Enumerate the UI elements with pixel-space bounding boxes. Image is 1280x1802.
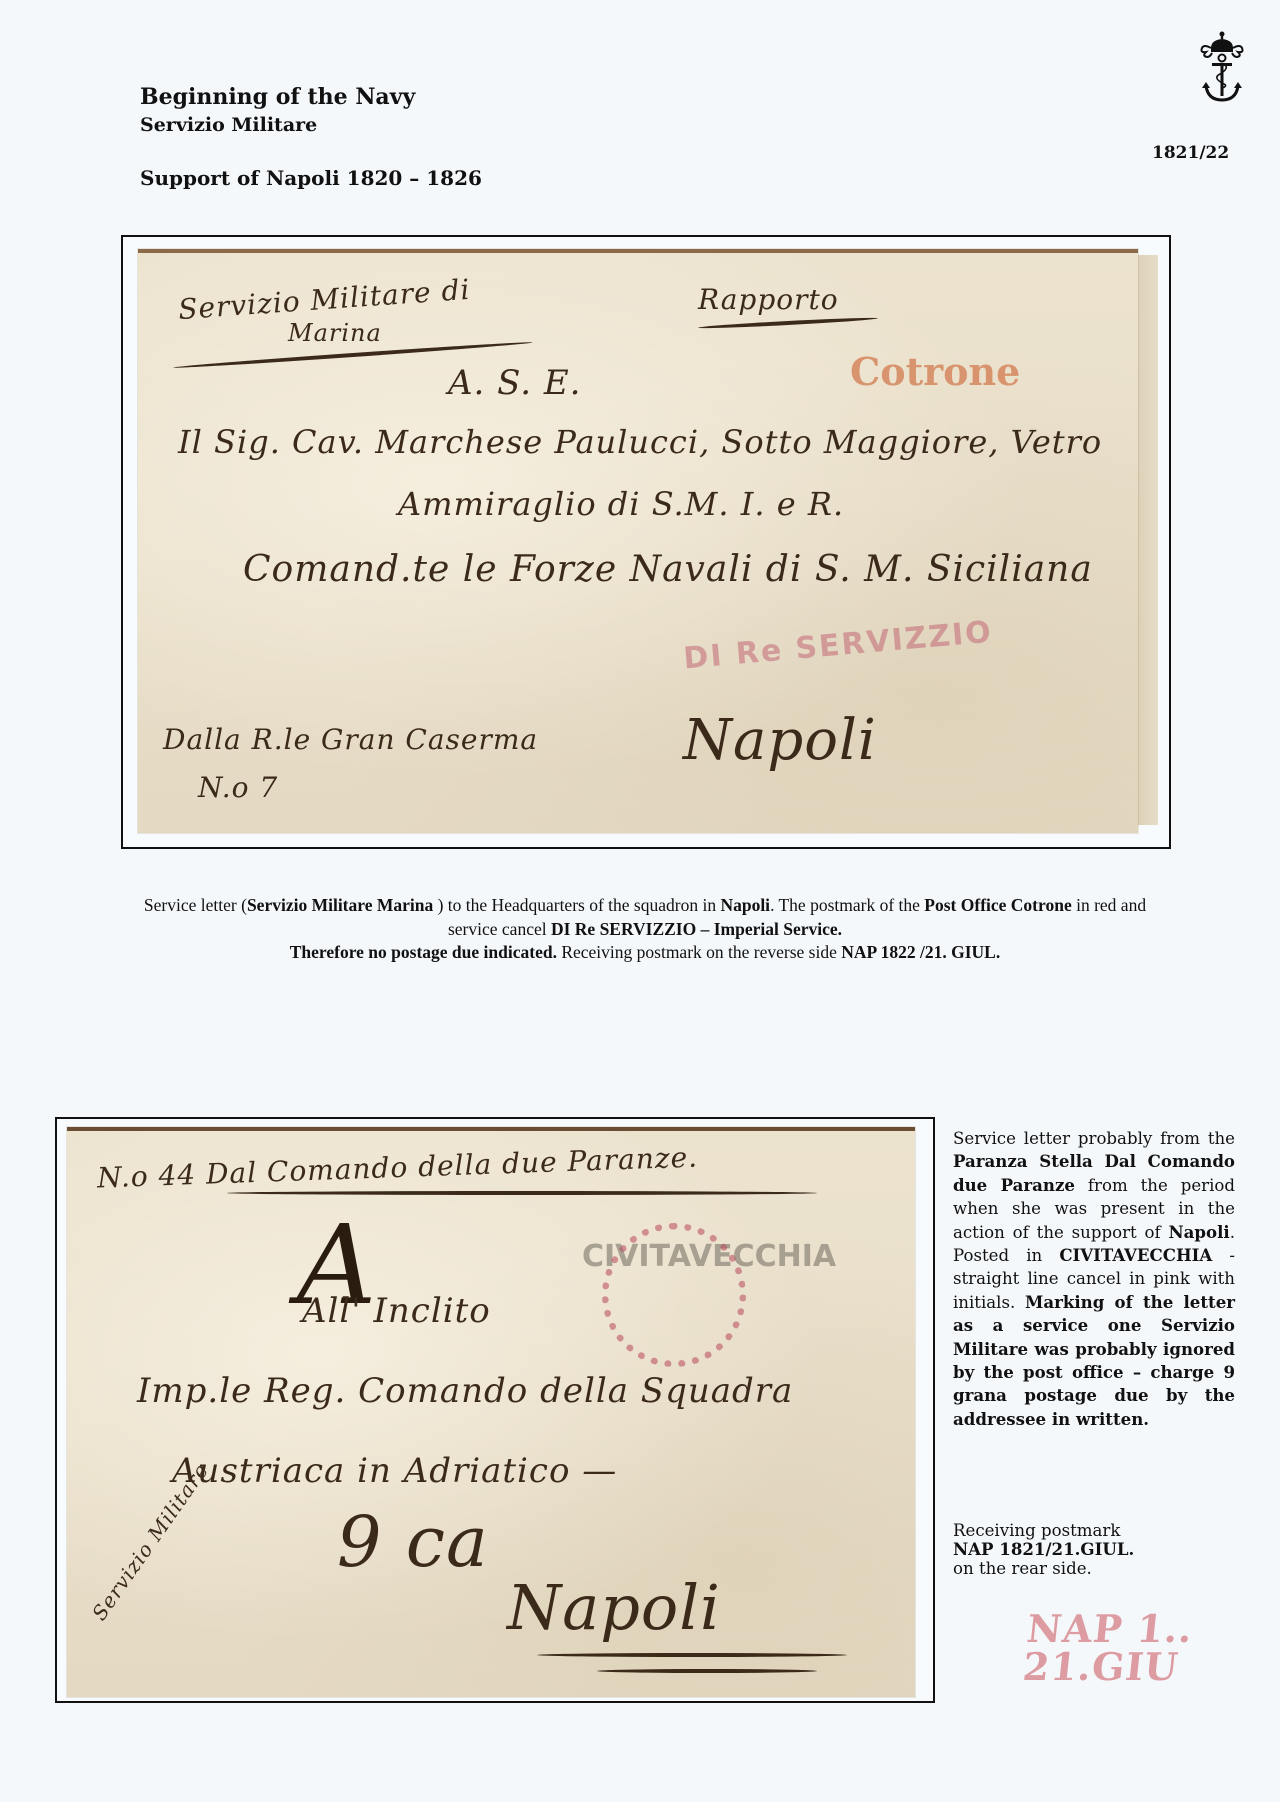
handwriting-sender: Dalla R.le Gran Caserma <box>163 723 538 756</box>
flourish-underline <box>698 316 878 329</box>
cover-2-letter: N.o 44 Dal Comando della due Paranze. CI… <box>67 1127 915 1697</box>
service-cancel-stamp: DI Re SERVIZZIO <box>682 615 994 677</box>
page-subtitle: Servizio Militare <box>140 114 317 136</box>
cover-1-letter: Servizio Militare di Marina Rapporto Cot… <box>138 249 1138 833</box>
handwriting-number: N.o 7 <box>198 771 278 804</box>
cover-2-frame: N.o 44 Dal Comando della due Paranze. CI… <box>55 1117 935 1703</box>
caption-bold: DI Re SERVIZZIO – Imperial Service. <box>551 919 842 939</box>
year-label: 1821/22 <box>1152 143 1229 163</box>
handwriting-destination: Napoli <box>683 708 877 773</box>
caption-bold: Therefore no postage due indicated. <box>290 942 557 962</box>
stamp-line: 21.GIU <box>1021 1648 1191 1686</box>
handwriting-address-line-3: Austriaca in Adriatico — <box>172 1451 617 1491</box>
nap-receiving-stamp: NAP 1.. 21.GIU <box>1021 1610 1195 1686</box>
receiving-postmark-value: NAP 1821/21.GIUL. <box>953 1539 1134 1559</box>
crowned-anchor-icon <box>1198 30 1246 106</box>
caption-bold: CIVITAVECCHIA <box>1059 1245 1212 1265</box>
caption-text: Service letter ( <box>144 895 247 915</box>
caption-bold: Marking of the letter as a service one S… <box>953 1292 1235 1429</box>
handwriting-address-line-1: Il Sig. Cav. Marchese Paulucci, Sotto Ma… <box>178 423 1102 461</box>
flourish-underline <box>597 1669 817 1673</box>
handwriting-destination: Napoli <box>507 1571 721 1644</box>
caption-text: . The postmark of the <box>770 895 924 915</box>
section-title: Support of Napoli 1820 – 1826 <box>140 166 482 190</box>
caption-bold: Napoli <box>720 895 770 915</box>
caption-bold: Post Office Cotrone <box>924 895 1071 915</box>
handwriting-salutation: A. S. E. <box>448 363 582 403</box>
cover-1-description: Service letter (Servizio Militare Marina… <box>140 894 1150 965</box>
caption-text: Service letter probably from the <box>953 1129 1235 1148</box>
caption-text: ) to the Headquarters of the squadron in <box>433 895 720 915</box>
handwriting-address-line-2: Imp.le Reg. Comando della Squadra <box>137 1371 793 1411</box>
handwriting-marina: Marina <box>288 319 382 347</box>
stamp-line: NAP 1.. <box>1025 1610 1195 1648</box>
caption-text: Receiving postmark on the reverse side <box>557 942 841 962</box>
handwriting-address-line-1: All' Inclito <box>302 1291 491 1331</box>
handwriting-rapporto: Rapporto <box>698 283 839 316</box>
cover-1-frame: Servizio Militare di Marina Rapporto Cot… <box>121 235 1171 849</box>
handwriting-address-line-2: Ammiraglio di S.M. I. e R. <box>398 485 844 523</box>
cover-1-fold <box>1138 255 1158 825</box>
flourish-underline <box>227 1191 817 1195</box>
cover-2-description: Service letter probably from the Paranza… <box>953 1127 1235 1431</box>
caption-bold: NAP 1822 /21. GIUL. <box>841 942 1000 962</box>
receiving-text: Receiving postmark <box>953 1521 1235 1540</box>
caption-bold: Servizio Militare Marina <box>247 895 433 915</box>
caption-bold: Napoli <box>1169 1222 1230 1242</box>
handwriting-service-note: Servizio Militare <box>87 1459 213 1625</box>
handwriting-address-line-3: Comand.te le Forze Navali di S. M. Sicil… <box>243 549 1093 590</box>
receiving-postmark-note: Receiving postmark NAP 1821/21.GIUL. on … <box>953 1521 1235 1578</box>
handwriting-header: N.o 44 Dal Comando della due Paranze. <box>97 1141 699 1195</box>
page-title: Beginning of the Navy <box>140 84 415 110</box>
cotrone-postmark: Cotrone <box>850 349 1020 394</box>
round-cancel-stamp <box>602 1223 746 1367</box>
receiving-text: on the rear side. <box>953 1559 1235 1578</box>
handwriting-charge: 9 ca <box>337 1501 489 1583</box>
flourish-underline <box>537 1653 847 1657</box>
